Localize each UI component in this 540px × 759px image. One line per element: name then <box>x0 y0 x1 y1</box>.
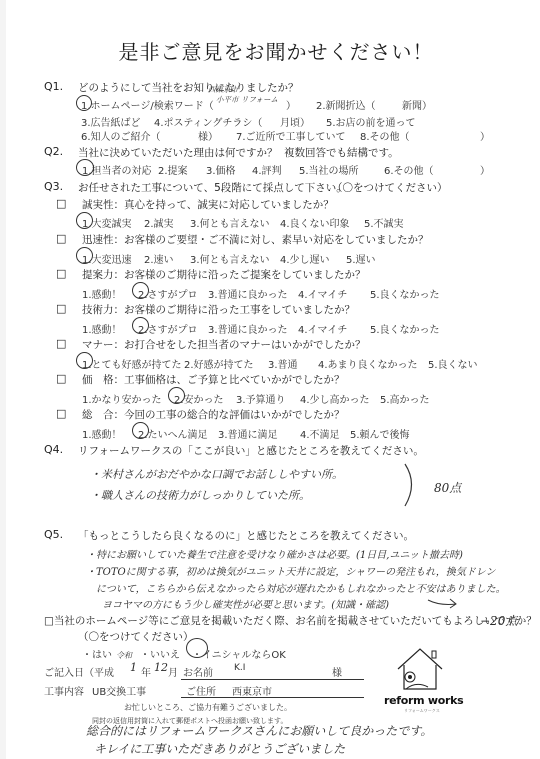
q3-manners-option-3: 3.普通 <box>268 356 298 371</box>
q3-technique-option-3: 3.普通に良かった <box>208 321 288 336</box>
q4-answer-1: ・米村さんがおだやかな口調でお話ししやすい所。 <box>90 466 343 482</box>
q3-proposal-option-2: 2.さすがプロ <box>138 286 198 301</box>
q5-answer-3: について，こちらから伝えなかったら対応が遅れたかもしれなかったと不安はありました… <box>96 580 506 595</box>
q3-speed-option-4: 4.少し遅い <box>280 251 330 266</box>
q3-number: Q3. <box>44 180 63 193</box>
q3-question: お任せされた工事について、5段階にて採点して下さい。 <box>78 180 347 195</box>
q2-option-1: 1.担当者の対応 <box>82 162 152 177</box>
q3-price-option-3: 3.予算通り <box>236 391 286 406</box>
date-year: 1 <box>130 661 137 674</box>
work-label: 工事内容 <box>44 683 84 698</box>
q1-option-6-suffix: 様） <box>198 128 218 143</box>
q3-item-sincerity-label: 誠実性：真心を持って、誠実に対応していましたか？ <box>82 197 334 212</box>
q3-proposal-option-4: 4.イマイチ <box>298 286 347 301</box>
q3-price-option-4: 4.少し高かった <box>300 391 370 406</box>
q1-option-4-suffix: 月頃） <box>280 114 310 129</box>
page-title: 是非ご意見をお聞かせください！ <box>6 36 540 65</box>
q5-answer-2: ・TOTOに関する事，初めは換気がユニット天井に設定，シャワーの発注もれ，換気ド… <box>86 563 496 578</box>
q3-item-manners-label: マナー：お打合せをした担当者のマナーはいかがでしたか？ <box>82 337 366 352</box>
q1-number: Q1. <box>44 80 63 93</box>
address-value: 西東京市 <box>232 683 272 698</box>
checkbox: □ <box>56 337 66 350</box>
date-label: ご記入日（平成 <box>44 664 114 679</box>
q3-overall-option-5: 5.頼んで後悔 <box>350 426 410 441</box>
q3-technique-option-2: 2.さすがプロ <box>138 321 198 336</box>
name-underline <box>181 679 364 680</box>
q1-option-6: 6.知人のご紹介（ <box>81 128 161 143</box>
q1-option-5: 5.お店の前を通って <box>326 114 416 129</box>
house-logo-icon <box>394 645 450 693</box>
q1-option-8: 8.その他（ <box>360 128 410 143</box>
q3-technique-option-4: 4.イマイチ <box>298 321 347 336</box>
q3-sincerity-option-1: 1.大変誠実 <box>82 215 132 230</box>
q2-option-6: 6.その他（ <box>384 162 434 177</box>
q3-proposal-option-3: 3.普通に良かった <box>208 286 288 301</box>
q3-proposal-option-1: 1.感動！ <box>82 286 122 301</box>
q2-option-6-close: ） <box>480 162 490 177</box>
q1-option-2: 2.新聞折込（ <box>316 97 376 112</box>
q3-sincerity-option-2: 2.誠実 <box>144 215 174 230</box>
q3-overall-option-1: 1.感動！ <box>82 426 122 441</box>
q3-sincerity-option-4: 4.良くない印象 <box>280 215 350 230</box>
q3-note: （〇をつけてください） <box>332 180 448 195</box>
q1-option-4: 4.ポスティングチラシ（ <box>154 114 262 129</box>
checkbox: □ <box>56 372 66 385</box>
q3-overall-option-4: 4.不満足 <box>300 426 340 441</box>
q3-overall-option-3: 3.普通に満足 <box>218 426 278 441</box>
q3-speed-option-3: 3.何とも言えない <box>190 251 270 266</box>
q3-technique-option-1: 1.感動！ <box>82 321 122 336</box>
q1-option-3: 3.広告紙ばど <box>81 114 141 129</box>
q3-price-option-1: 1.かなり安かった <box>82 391 162 406</box>
q3-manners-option-1: 1.とても好感が持てた <box>82 356 182 371</box>
q2-question: 当社に決めていただいた理由は何ですか？ <box>78 145 278 160</box>
q3-sincerity-option-3: 3.何とも言えない <box>190 215 270 230</box>
date-month: 12 <box>154 661 168 674</box>
address-underline <box>181 697 364 698</box>
q3-manners-option-2: 2.好感が持てた <box>184 356 254 371</box>
q1-option-1-close: ） <box>286 97 296 112</box>
logo-text: reform works <box>384 694 463 707</box>
q3-overall-option-2: 2.たいへん満足 <box>138 426 208 441</box>
q4-question: リフォームワークスの「ここが良い」と感じたところを教えてください。 <box>78 443 424 458</box>
q3-item-proposal-label: 提案力：お客様のご期待に沿ったご提案をしていましたか？ <box>82 267 366 282</box>
checkbox: □ <box>56 197 66 210</box>
q3-item-overall-label: 総 合：今回の工事の総合的な評価はいかがでしたか？ <box>82 407 345 422</box>
q3-speed-option-1: 1.大変迅速 <box>82 251 132 266</box>
date-era-handwritten: 令和 <box>116 652 132 660</box>
q2-option-4: 4.評判 <box>252 162 282 177</box>
q2-option-3: 3.価格 <box>206 162 236 177</box>
q1-option-7: 7.ご近所で工事していて <box>236 128 346 143</box>
consent-option-initials: ・イニシャルならOK <box>192 646 286 661</box>
q3-speed-option-5: 5.遅い <box>346 251 376 266</box>
q3-manners-option-5: 5.良くない <box>428 356 478 371</box>
q3-technique-option-5: 5.良くなかった <box>370 321 440 336</box>
q4-answer-2: ・職人さんの技術力がしっかりしていた所。 <box>90 487 310 503</box>
name-label: お名前 <box>183 664 213 679</box>
q1-option-1-handwritten-top: 西東京市 <box>208 86 238 94</box>
q3-item-technique-label: 技術力：お客様のご期待に沿った工事をしていましたか？ <box>82 302 355 317</box>
consent-note: （〇をつけてください） <box>78 629 194 644</box>
footer-thanks: お忙しいところ、ご協力有難うございました。 <box>124 702 292 713</box>
work-value: UB交換工事 <box>92 683 146 698</box>
q1-option-8-suffix: ） <box>480 128 490 143</box>
checkbox: □ <box>56 302 66 315</box>
q3-sincerity-option-5: 5.不誠実 <box>364 215 404 230</box>
q5-question: 「もっとこうしたら良くなるのに」と感じたところを教えてください。 <box>78 528 414 543</box>
q3-proposal-option-5: 5.良くなかった <box>370 286 440 301</box>
date-month-label: 月 <box>168 664 178 679</box>
name-suffix: 様 <box>332 664 342 679</box>
q1-option-1-handwritten-bottom: 小平市 リフォーム <box>216 96 278 104</box>
consent-option-no: ・いいえ <box>140 646 180 661</box>
q3-item-speed-label: 迅速性：お客様のご要望・ご不満に対し、素早い対応をしていましたか？ <box>82 232 429 247</box>
closing-comment-2: キレイに工事いただきありがとうございました <box>94 740 345 757</box>
q4-score: 80点 <box>434 479 461 496</box>
q2-number: Q2. <box>44 145 63 158</box>
q2-note: 複数回答でも結構です。 <box>284 145 399 160</box>
q5-number: Q5. <box>44 528 63 541</box>
consent-option-yes: ・はい <box>82 646 112 661</box>
q1-option-1: 1.ホームページ/検索ワード（ <box>81 97 214 112</box>
checkbox: □ <box>56 232 66 245</box>
q1-question: どのようにして当社をお知りになりましたか？ <box>78 80 299 95</box>
date-year-label: 年 <box>141 664 151 679</box>
q3-item-price-label: 価 格：工事価格は、ご予算と比べていかがでしたか？ <box>82 372 345 387</box>
q1-option-2-suffix: 新聞） <box>402 97 432 112</box>
bracket-mark <box>402 462 422 508</box>
q3-price-option-5: 5.高かった <box>380 391 430 406</box>
q2-option-5: 5.当社の場所 <box>299 162 359 177</box>
checkbox: □ <box>56 267 66 280</box>
survey-page: 是非ご意見をお聞かせください！ Q1. どのようにして当社をお知りになりましたか… <box>6 0 540 759</box>
closing-comment-1: 総合的にはリフォームワークスさんにお願いして良かったです。 <box>86 722 432 739</box>
q5-answer-4: ヨコヤマの方にもう少し確実性が必要と思います。(知識・確認) <box>102 596 389 611</box>
arrow-icon <box>426 596 466 610</box>
consent-question: □当社のホームページ等にご意見を掲載いただく際、お名前を掲載させていただいてもよ… <box>44 613 537 628</box>
q3-manners-option-4: 4.あまり良くなかった <box>318 356 418 371</box>
logo-subtext: リフォームワークス <box>404 708 440 714</box>
address-label: ご住所 <box>186 683 216 698</box>
q3-speed-option-2: 2.速い <box>144 251 174 266</box>
name-value: K.I <box>234 663 245 673</box>
q2-option-2: 2.提案 <box>158 162 188 177</box>
q4-number: Q4. <box>44 443 63 456</box>
q3-price-option-2: 2.安かった <box>174 391 224 406</box>
checkbox: □ <box>56 407 66 420</box>
q5-answer-1: ・特にお願いしていた養生で注意を受けなり確かさは必要。(1日目,ユニット撤去時) <box>86 546 463 561</box>
